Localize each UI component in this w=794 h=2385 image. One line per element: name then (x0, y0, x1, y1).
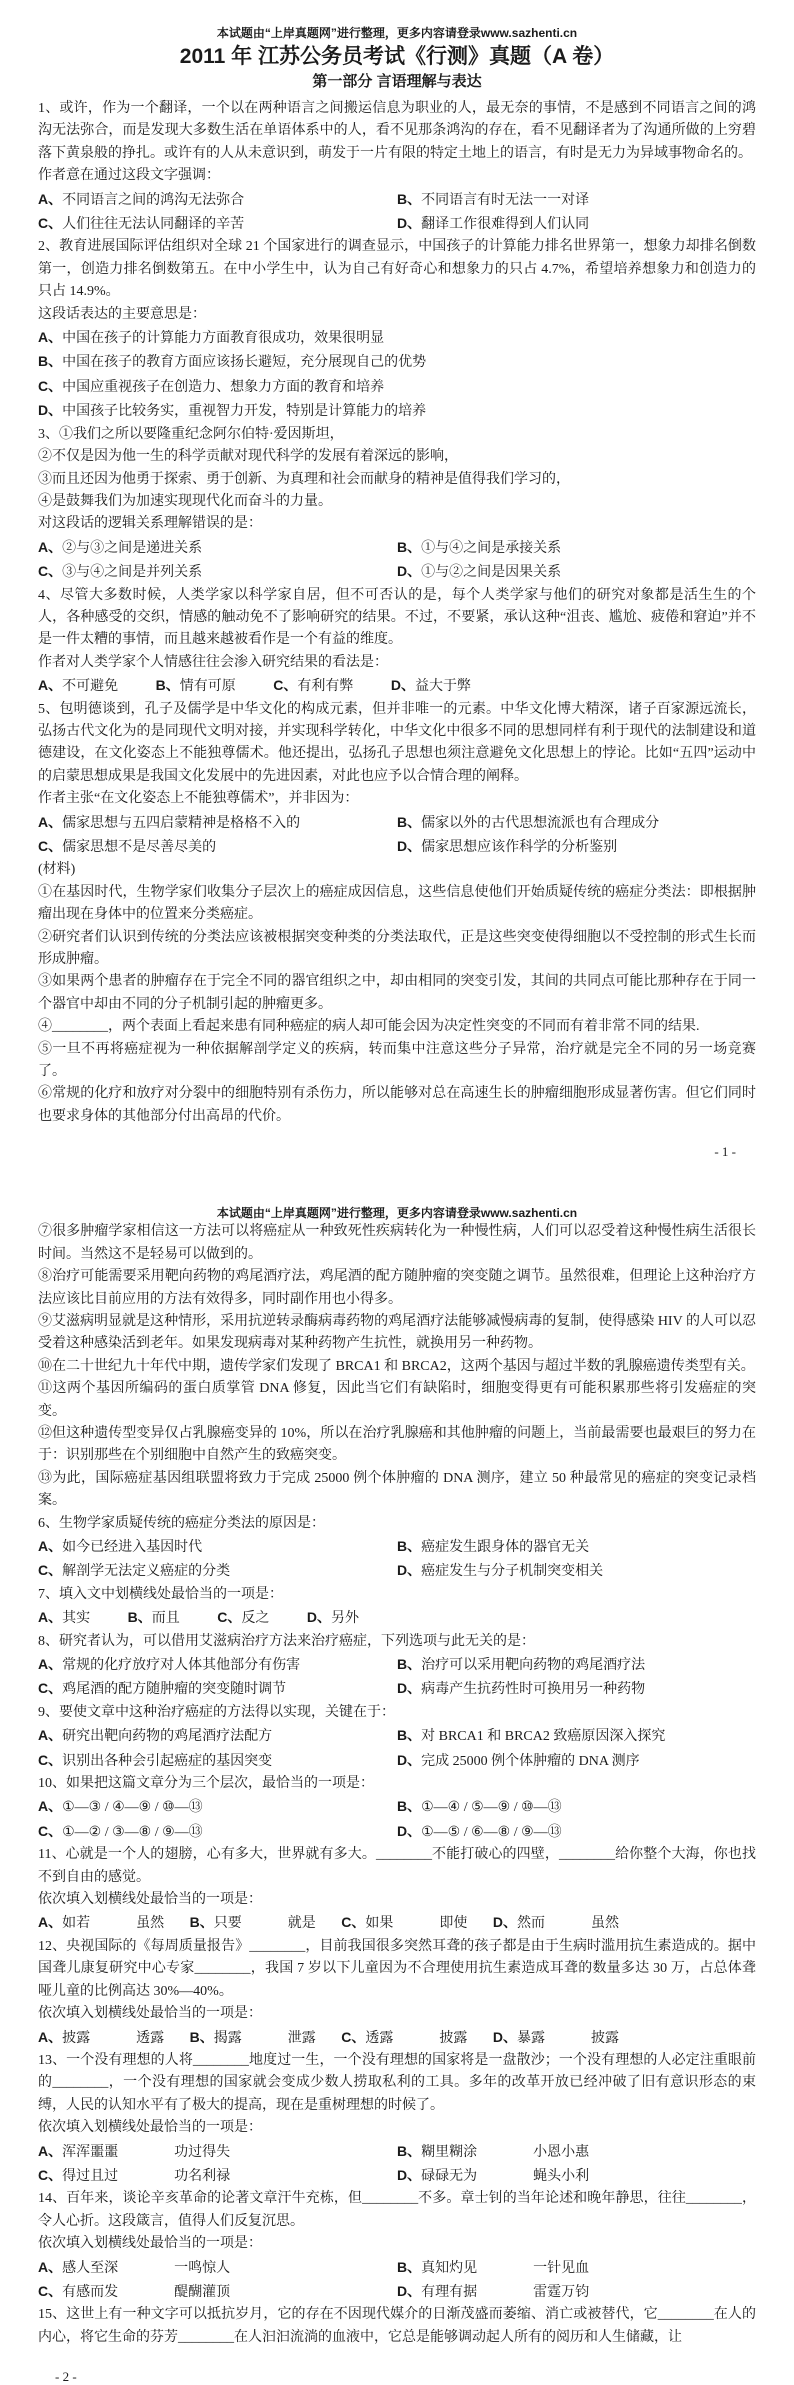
option-text: 情有可原 (180, 679, 236, 694)
q1-option-c: C、人们往往无法认同翻译的辛苦 (38, 212, 397, 236)
q1-option-b: B、不同语言有时无法一一对译 (397, 188, 756, 212)
q2-prompt: 这段话表达的主要意思是： (38, 304, 756, 326)
q14-option-a: A、感人至深一鸣惊人 (38, 2256, 397, 2280)
option-text: 而且 (152, 1611, 180, 1626)
material-paragraph-2: ②研究者们认识到传统的分类法应该被根据突变种类的分类法取代，正是这些突变使得细胞… (38, 927, 756, 972)
q11-options-row: A、如若虽然 B、只要就是 C、如果即使 D、然而虽然 (38, 1911, 756, 1935)
option-word-1: 浑浑噩噩 (62, 2145, 118, 2160)
option-letter: B、 (397, 1538, 421, 1554)
section-heading: 第一部分 言语理解与表达 (38, 72, 756, 91)
header-note: 本试题由“上岸真题网”进行整理，更多内容请登录www.sazhenti.cn (38, 1206, 756, 1221)
option-letter: C、 (38, 378, 62, 394)
q5-options-row-ab: A、儒家思想与五四启蒙精神是格格不入的 B、儒家以外的古代思想流派也有合理成分 (38, 811, 756, 835)
material-paragraph-6: ⑥常规的化疗和放疗对分裂中的细胞特别有杀伤力，所以能够对总在高速生长的肿瘤细胞形… (38, 1083, 756, 1128)
q1-option-a: A、不同语言之间的鸿沟无法弥合 (38, 188, 397, 212)
option-word-1: 透露 (365, 2031, 393, 2046)
option-text: 癌症发生与分子机制突变相关 (421, 1564, 603, 1579)
option-letter: A、 (38, 814, 62, 830)
q6-option-d: D、癌症发生与分子机制突变相关 (397, 1559, 756, 1583)
option-text: 中国应重视孩子在创造力、想象力方面的教育和培养 (62, 380, 384, 395)
option-text: ①与②之间是因果关系 (421, 565, 561, 580)
option-letter: C、 (38, 563, 62, 579)
option-letter: D、 (397, 2167, 421, 2183)
option-text: ①与④之间是承接关系 (421, 541, 561, 556)
option-letter: A、 (38, 2029, 62, 2045)
option-word-2: 醍醐灌顶 (174, 2285, 230, 2300)
q11-stem: 11、心就是一个人的翅膀，心有多大，世界就有多大。________不能打破心的四… (38, 1844, 756, 1889)
option-text: 病毒产生抗药性时可换用另一种药物 (421, 1682, 645, 1697)
option-word-1: 然而 (517, 1916, 545, 1931)
option-text: 反之 (241, 1611, 269, 1626)
q5-stem: 5、包明德谈到，孔子及儒学是中华文化的构成元素，但并非唯一的元素。中华文化博大精… (38, 699, 756, 789)
material-paragraph-13: ⑬为此，国际癌症基因组联盟将致力于完成 25000 例个体肿瘤的 DNA 测序，… (38, 1468, 756, 1513)
q2-option-d: D、中国孩子比较务实，重视智力开发，特别是计算能力的培养 (38, 399, 756, 423)
q3-options-row-cd: C、③与④之间是并列关系 D、①与②之间是因果关系 (38, 560, 756, 584)
option-letter: A、 (38, 2143, 62, 2159)
q13-option-a: A、浑浑噩噩功过得失 (38, 2140, 397, 2164)
q4-option-d: D、益大于弊 (391, 674, 471, 698)
option-letter: B、 (190, 2029, 214, 2045)
q8-prompt: 8、研究者认为，可以借用艾滋病治疗方法来治疗癌症，下列选项与此无关的是： (38, 1631, 756, 1653)
q3-option-a: A、②与③之间是递进关系 (38, 536, 397, 560)
option-word-2: 功过得失 (174, 2145, 230, 2160)
option-letter: D、 (397, 838, 421, 854)
option-text: 中国孩子比较务实，重视智力开发，特别是计算能力的培养 (62, 404, 426, 419)
option-text: 对 BRCA1 和 BRCA2 致癌原因深入探究 (421, 1729, 665, 1744)
q10-prompt: 10、如果把这篇文章分为三个层次，最恰当的一项是： (38, 1773, 756, 1795)
q9-option-b: B、对 BRCA1 和 BRCA2 致癌原因深入探究 (397, 1724, 756, 1748)
option-letter: A、 (38, 1609, 62, 1625)
q7-option-c: C、反之 (217, 1606, 269, 1630)
option-text: ①—⑤ / ⑥—⑧ / ⑨—⑬ (421, 1825, 562, 1840)
q5-option-b: B、儒家以外的古代思想流派也有合理成分 (397, 811, 756, 835)
q3-line-3: ③而且还因为他勇于探索、勇于创新、为真理和社会而献身的精神是值得我们学习的， (38, 469, 756, 491)
option-text: 其实 (62, 1611, 90, 1626)
q4-prompt: 作者对人类学家个人情感往往会渗入研究结果的看法是： (38, 652, 756, 674)
option-word-2: 披露 (439, 2031, 467, 2046)
q13-options-row-ab: A、浑浑噩噩功过得失 B、糊里糊涂小恩小惠 (38, 2140, 756, 2164)
q11-prompt: 依次填入划横线处最恰当的一项是： (38, 1889, 756, 1911)
option-text: 治疗可以采用靶向药物的鸡尾酒疗法 (421, 1658, 645, 1673)
option-text: 癌症发生跟身体的器官无关 (421, 1540, 589, 1555)
option-text: 解剖学无法定义癌症的分类 (62, 1564, 230, 1579)
option-text: 儒家思想与五四启蒙精神是格格不入的 (62, 816, 300, 831)
q13-option-b: B、糊里糊涂小恩小惠 (397, 2140, 756, 2164)
option-letter: A、 (38, 1656, 62, 1672)
q9-prompt: 9、要使文章中这种治疗癌症的方法得以实现，关键在于： (38, 1702, 756, 1724)
material-paragraph-7: ⑦很多肿瘤学家相信这一方法可以将癌症从一种致死性疾病转化为一种慢性病，人们可以忍… (38, 1221, 756, 1266)
q3-option-d: D、①与②之间是因果关系 (397, 560, 756, 584)
option-letter: B、 (397, 1727, 421, 1743)
page-2: 本试题由“上岸真题网”进行整理，更多内容请登录www.sazhenti.cn ⑦… (0, 1206, 794, 2385)
q12-option-c: C、透露披露 (341, 2026, 467, 2050)
option-letter: B、 (128, 1609, 152, 1625)
q14-option-b: B、真知灼见一针见血 (397, 2256, 756, 2280)
option-letter: C、 (341, 1914, 365, 1930)
q14-stem: 14、百年来，谈论辛亥革命的论著文章汗牛充栋，但________不多。章士钊的当… (38, 2188, 756, 2233)
q12-option-a: A、披露透露 (38, 2026, 164, 2050)
q1-options-row-cd: C、人们往往无法认同翻译的辛苦 D、翻译工作很难得到人们认同 (38, 212, 756, 236)
option-letter: B、 (397, 2259, 421, 2275)
option-word-2: 披露 (591, 2031, 619, 2046)
option-letter: A、 (38, 1798, 62, 1814)
material-paragraph-12: ⑫但这种遗传型变异仅占乳腺癌变异的 10%，所以在治疗乳腺癌和其他肿瘤的问题上，… (38, 1423, 756, 1468)
q10-option-b: B、①—④ / ⑤—⑨ / ⑩—⑬ (397, 1795, 756, 1819)
option-word-1: 只要 (214, 1916, 242, 1931)
option-letter: C、 (38, 1752, 62, 1768)
option-letter: C、 (38, 1562, 62, 1578)
option-word-1: 有理有据 (421, 2285, 477, 2300)
q3-options-row-ab: A、②与③之间是递进关系 B、①与④之间是承接关系 (38, 536, 756, 560)
option-letter: A、 (38, 1914, 62, 1930)
q6-prompt: 6、生物学家质疑传统的癌症分类法的原因是： (38, 1513, 756, 1535)
q8-option-d: D、病毒产生抗药性时可换用另一种药物 (397, 1677, 756, 1701)
q12-options-row: A、披露透露 B、揭露泄露 C、透露披露 D、暴露披露 (38, 2026, 756, 2050)
q10-option-d: D、①—⑤ / ⑥—⑧ / ⑨—⑬ (397, 1820, 756, 1844)
q5-prompt: 作者主张“在文化姿态上不能独尊儒术”，并非因为： (38, 788, 756, 810)
option-word-1: 感人至深 (62, 2261, 118, 2276)
q11-option-b: B、只要就是 (190, 1911, 316, 1935)
q2-option-a: A、中国在孩子的计算能力方面教育很成功，效果很明显 (38, 326, 756, 350)
option-letter: D、 (397, 215, 421, 231)
q6-options-row-ab: A、如今已经进入基因时代 B、癌症发生跟身体的器官无关 (38, 1535, 756, 1559)
option-letter: C、 (38, 838, 62, 854)
option-text: 研究出靶向药物的鸡尾酒疗法配方 (62, 1729, 272, 1744)
option-word-1: 披露 (62, 2031, 90, 2046)
option-text: 不可避免 (62, 679, 118, 694)
q2-stem: 2、教育进展国际评估组织对全球 21 个国家进行的调查显示，中国孩子的计算能力排… (38, 236, 756, 303)
option-letter: A、 (38, 329, 62, 345)
material-paragraph-1: ①在基因时代，生物学家们收集分子层次上的癌症成因信息，这些信息使他们开始质疑传统… (38, 882, 756, 927)
q11-option-a: A、如若虽然 (38, 1911, 164, 1935)
option-letter: C、 (38, 2283, 62, 2299)
q6-option-c: C、解剖学无法定义癌症的分类 (38, 1559, 397, 1583)
q3-prompt: 对这段话的逻辑关系理解错误的是： (38, 513, 756, 535)
option-letter: B、 (156, 677, 180, 693)
exam-document: 本试题由“上岸真题网”进行整理，更多内容请登录www.sazhenti.cn 2… (0, 0, 794, 2385)
q1-option-d: D、翻译工作很难得到人们认同 (397, 212, 756, 236)
option-word-1: 如若 (62, 1916, 90, 1931)
option-letter: A、 (38, 539, 62, 555)
page-2-number: - 2 - (38, 2369, 756, 2385)
q4-stem: 4、尽管大多数时候，人类学家以科学家自居，但不可否认的是，每个人类学家与他们的研… (38, 585, 756, 652)
q12-prompt: 依次填入划横线处最恰当的一项是： (38, 2003, 756, 2025)
q10-options-row-cd: C、①—② / ③—⑧ / ⑨—⑬ D、①—⑤ / ⑥—⑧ / ⑨—⑬ (38, 1820, 756, 1844)
exam-title: 2011 年 江苏公务员考试《行测》真题（A 卷） (38, 44, 756, 70)
q12-stem: 12、央视国际的《每周质量报告》________，目前我国很多突然耳聋的孩子都是… (38, 1936, 756, 2003)
q13-option-c: C、得过且过功名利禄 (38, 2164, 397, 2188)
option-letter: B、 (397, 191, 421, 207)
option-letter: B、 (397, 1656, 421, 1672)
q3-option-b: B、①与④之间是承接关系 (397, 536, 756, 560)
q7-option-b: B、而且 (128, 1606, 180, 1630)
q1-stem: 1、或许，作为一个翻译，一个以在两种语言之间搬运信息为职业的人，最无奈的事情，不… (38, 98, 756, 165)
option-word-2: 蝇头小利 (533, 2169, 589, 2184)
q14-option-c: C、有感而发醍醐灌顶 (38, 2280, 397, 2304)
option-letter: D、 (397, 1562, 421, 1578)
q6-option-a: A、如今已经进入基因时代 (38, 1535, 397, 1559)
q3-option-c: C、③与④之间是并列关系 (38, 560, 397, 584)
option-word-1: 暴露 (517, 2031, 545, 2046)
q12-option-d: D、暴露披露 (493, 2026, 619, 2050)
q9-option-c: C、识别出各种会引起癌症的基因突变 (38, 1749, 397, 1773)
option-letter: B、 (397, 2143, 421, 2159)
option-letter: A、 (38, 191, 62, 207)
option-letter: A、 (38, 1538, 62, 1554)
q2-option-b: B、中国在孩子的教育方面应该扬长避短，充分展现自己的优势 (38, 350, 756, 374)
q9-options-row-ab: A、研究出靶向药物的鸡尾酒疗法配方 B、对 BRCA1 和 BRCA2 致癌原因… (38, 1724, 756, 1748)
option-text: 中国在孩子的教育方面应该扬长避短，充分展现自己的优势 (62, 355, 426, 370)
option-word-2: 就是 (288, 1916, 316, 1931)
option-letter: D、 (397, 563, 421, 579)
option-word-1: 碌碌无为 (421, 2169, 477, 2184)
option-text: 人们往往无法认同翻译的辛苦 (62, 217, 244, 232)
q3-line-1: 3、①我们之所以要隆重纪念阿尔伯特·爱因斯坦， (38, 424, 756, 446)
option-text: ①—② / ③—⑧ / ⑨—⑬ (62, 1825, 203, 1840)
q12-option-b: B、揭露泄露 (190, 2026, 316, 2050)
q10-option-a: A、①—③ / ④—⑨ / ⑩—⑬ (38, 1795, 397, 1819)
option-letter: D、 (493, 1914, 517, 1930)
page-1: 本试题由“上岸真题网”进行整理，更多内容请登录www.sazhenti.cn 2… (0, 0, 794, 1160)
q4-option-c: C、有利有弊 (273, 674, 353, 698)
material-paragraph-9: ⑨艾滋病明显就是这种情形，采用抗逆转录酶病毒药物的鸡尾酒疗法能够减慢病毒的复制，… (38, 1311, 756, 1356)
option-text: 不同语言之间的鸿沟无法弥合 (62, 193, 244, 208)
option-letter: D、 (307, 1609, 331, 1625)
q8-option-a: A、常规的化疗放疗对人体其他部分有伤害 (38, 1653, 397, 1677)
q5-option-d: D、儒家思想应该作科学的分析鉴别 (397, 835, 756, 859)
option-text: 识别出各种会引起癌症的基因突变 (62, 1754, 272, 1769)
q8-option-c: C、鸡尾酒的配方随肿瘤的突变随时调节 (38, 1677, 397, 1701)
material-paragraph-8: ⑧治疗可能需要采用靶向药物的鸡尾酒疗法，鸡尾酒的配方随肿瘤的突变随之调节。虽然很… (38, 1266, 756, 1311)
option-letter: B、 (38, 353, 62, 369)
option-word-2: 泄露 (288, 2031, 316, 2046)
q7-options-row: A、其实 B、而且 C、反之 D、另外 (38, 1606, 756, 1630)
q5-option-a: A、儒家思想与五四启蒙精神是格格不入的 (38, 811, 397, 835)
option-text: 鸡尾酒的配方随肿瘤的突变随时调节 (62, 1682, 286, 1697)
material-paragraph-4: ④________，两个表面上看起来患有同种癌症的病人却可能会因为决定性突变的不… (38, 1016, 756, 1038)
material-paragraph-11: ⑪这两个基因所编码的蛋白质掌管 DNA 修复，因此当它们有缺陷时，细胞变得更有可… (38, 1378, 756, 1423)
option-letter: B、 (190, 1914, 214, 1930)
q3-line-4: ④是鼓舞我们为加速实现现代化而奋斗的力量。 (38, 491, 756, 513)
option-letter: B、 (397, 539, 421, 555)
q2-option-c: C、中国应重视孩子在创造力、想象力方面的教育和培养 (38, 375, 756, 399)
q13-prompt: 依次填入划横线处最恰当的一项是： (38, 2117, 756, 2139)
q10-options-row-ab: A、①—③ / ④—⑨ / ⑩—⑬ B、①—④ / ⑤—⑨ / ⑩—⑬ (38, 1795, 756, 1819)
option-letter: D、 (397, 1752, 421, 1768)
option-text: 儒家思想不是尽善尽美的 (62, 840, 216, 855)
option-text: 翻译工作很难得到人们认同 (421, 217, 589, 232)
material-paragraph-5: ⑤一旦不再将癌症视为一种依据解剖学定义的疾病，转而集中注意这些分子异常，治疗就是… (38, 1039, 756, 1084)
q14-option-d: D、有理有据雷霆万钧 (397, 2280, 756, 2304)
option-text: 儒家以外的古代思想流派也有合理成分 (421, 816, 659, 831)
q13-stem: 13、一个没有理想的人将________地度过一生，一个没有理想的国家将是一盘散… (38, 2050, 756, 2117)
option-text: 儒家思想应该作科学的分析鉴别 (421, 840, 617, 855)
option-word-1: 如果 (365, 1916, 393, 1931)
option-text: 另外 (331, 1611, 359, 1626)
q10-option-c: C、①—② / ③—⑧ / ⑨—⑬ (38, 1820, 397, 1844)
q5-options-row-cd: C、儒家思想不是尽善尽美的 D、儒家思想应该作科学的分析鉴别 (38, 835, 756, 859)
page-1-number: - 1 - (38, 1144, 756, 1160)
q14-prompt: 依次填入划横线处最恰当的一项是： (38, 2233, 756, 2255)
option-word-1: 有感而发 (62, 2285, 118, 2300)
material-paragraph-3: ③如果两个患者的肿瘤存在于完全不同的器官组织之中，却由相同的突变引发，其间的共同… (38, 971, 756, 1016)
option-word-1: 揭露 (214, 2031, 242, 2046)
option-letter: A、 (38, 1727, 62, 1743)
q4-option-a: A、不可避免 (38, 674, 118, 698)
q9-options-row-cd: C、识别出各种会引起癌症的基因突变 D、完成 25000 例个体肿瘤的 DNA … (38, 1749, 756, 1773)
option-word-1: 糊里糊涂 (421, 2145, 477, 2160)
option-word-2: 雷霆万钧 (533, 2285, 589, 2300)
q11-option-d: D、然而虽然 (493, 1911, 619, 1935)
q8-option-b: B、治疗可以采用靶向药物的鸡尾酒疗法 (397, 1653, 756, 1677)
option-word-2: 一鸣惊人 (174, 2261, 230, 2276)
q11-option-c: C、如果即使 (341, 1911, 467, 1935)
header-note: 本试题由“上岸真题网”进行整理，更多内容请登录www.sazhenti.cn (38, 26, 756, 41)
option-letter: C、 (273, 677, 297, 693)
q4-option-b: B、情有可原 (156, 674, 236, 698)
option-letter: D、 (493, 2029, 517, 2045)
q4-options-row: A、不可避免 B、情有可原 C、有利有弊 D、益大于弊 (38, 674, 756, 698)
q7-option-d: D、另外 (307, 1606, 359, 1630)
q13-option-d: D、碌碌无为蝇头小利 (397, 2164, 756, 2188)
option-text: ①—④ / ⑤—⑨ / ⑩—⑬ (421, 1800, 562, 1815)
option-letter: B、 (397, 1798, 421, 1814)
option-letter: C、 (38, 1680, 62, 1696)
q8-options-row-cd: C、鸡尾酒的配方随肿瘤的突变随时调节 D、病毒产生抗药性时可换用另一种药物 (38, 1677, 756, 1701)
material-paragraph-10: ⑩在二十世纪九十年代中期，遗传学家们发现了 BRCA1 和 BRCA2，这两个基… (38, 1356, 756, 1378)
option-text: ②与③之间是递进关系 (62, 541, 202, 556)
q5-option-c: C、儒家思想不是尽善尽美的 (38, 835, 397, 859)
option-letter: C、 (341, 2029, 365, 2045)
q9-option-a: A、研究出靶向药物的鸡尾酒疗法配方 (38, 1724, 397, 1748)
option-text: ①—③ / ④—⑨ / ⑩—⑬ (62, 1800, 203, 1815)
q7-prompt: 7、填入文中划横线处最恰当的一项是： (38, 1584, 756, 1606)
q13-options-row-cd: C、得过且过功名利禄 D、碌碌无为蝇头小利 (38, 2164, 756, 2188)
option-text: 常规的化疗放疗对人体其他部分有伤害 (62, 1658, 300, 1673)
option-text: 中国在孩子的计算能力方面教育很成功，效果很明显 (62, 331, 384, 346)
option-word-1: 真知灼见 (421, 2261, 477, 2276)
q8-options-row-ab: A、常规的化疗放疗对人体其他部分有伤害 B、治疗可以采用靶向药物的鸡尾酒疗法 (38, 1653, 756, 1677)
option-letter: D、 (397, 2283, 421, 2299)
q1-prompt: 作者意在通过这段文字强调： (38, 165, 756, 187)
option-text: 有利有弊 (297, 679, 353, 694)
option-word-2: 虽然 (591, 1916, 619, 1931)
q9-option-d: D、完成 25000 例个体肿瘤的 DNA 测序 (397, 1749, 756, 1773)
q1-options-row-ab: A、不同语言之间的鸿沟无法弥合 B、不同语言有时无法一一对译 (38, 188, 756, 212)
q6-option-b: B、癌症发生跟身体的器官无关 (397, 1535, 756, 1559)
option-text: 益大于弊 (415, 679, 471, 694)
q14-options-row-cd: C、有感而发醍醐灌顶 D、有理有据雷霆万钧 (38, 2280, 756, 2304)
q15-stem: 15、这世上有一种文字可以抵抗岁月，它的存在不因现代媒介的日渐茂盛而萎缩、消亡或… (38, 2304, 756, 2349)
option-text: 不同语言有时无法一一对译 (421, 193, 589, 208)
option-letter: A、 (38, 2259, 62, 2275)
option-letter: D、 (38, 402, 62, 418)
option-word-2: 透露 (136, 2031, 164, 2046)
option-word-2: 小恩小惠 (533, 2145, 589, 2160)
q14-options-row-ab: A、感人至深一鸣惊人 B、真知灼见一针见血 (38, 2256, 756, 2280)
option-letter: D、 (397, 1823, 421, 1839)
option-letter: C、 (38, 1823, 62, 1839)
q3-line-2: ②不仅是因为他一生的科学贡献对现代科学的发展有着深远的影响， (38, 446, 756, 468)
option-letter: C、 (217, 1609, 241, 1625)
option-word-2: 一针见血 (533, 2261, 589, 2276)
q7-option-a: A、其实 (38, 1606, 90, 1630)
option-letter: C、 (38, 215, 62, 231)
option-letter: D、 (397, 1680, 421, 1696)
option-word-2: 功名利禄 (174, 2169, 230, 2184)
option-letter: B、 (397, 814, 421, 830)
option-letter: D、 (391, 677, 415, 693)
option-text: ③与④之间是并列关系 (62, 565, 202, 580)
option-text: 完成 25000 例个体肿瘤的 DNA 测序 (421, 1754, 640, 1769)
option-word-2: 即使 (439, 1916, 467, 1931)
option-letter: C、 (38, 2167, 62, 2183)
option-word-2: 虽然 (136, 1916, 164, 1931)
option-letter: A、 (38, 677, 62, 693)
option-text: 如今已经进入基因时代 (62, 1540, 202, 1555)
option-word-1: 得过且过 (62, 2169, 118, 2184)
material-label: (材料) (38, 859, 756, 881)
q6-options-row-cd: C、解剖学无法定义癌症的分类 D、癌症发生与分子机制突变相关 (38, 1559, 756, 1583)
